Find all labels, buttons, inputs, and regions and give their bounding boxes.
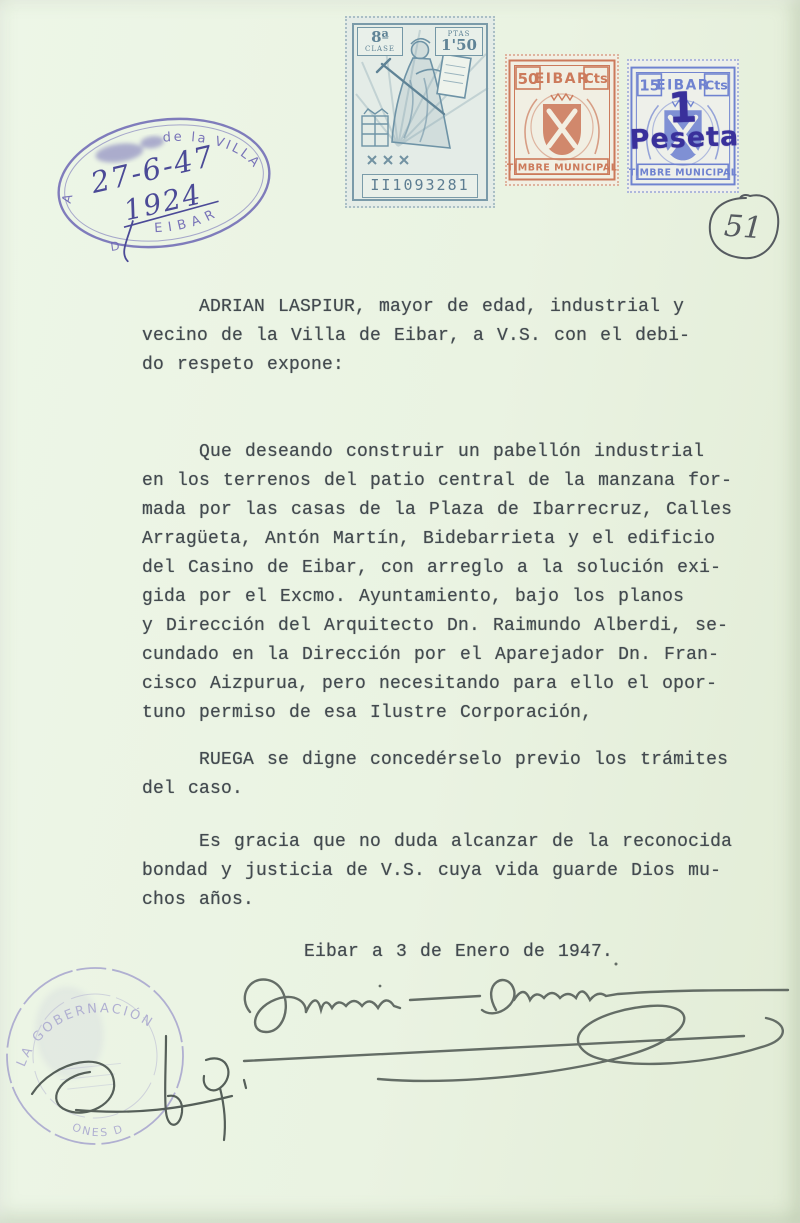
- letter-line: ADRIAN LASPIUR, mayor de edad, industria…: [142, 293, 767, 322]
- peseta-overprint: 1 Peseta: [628, 87, 738, 153]
- letter-line: cisco Aizpurua, pero necesitando para el…: [142, 670, 767, 699]
- letter-line: Que deseando construir un pabellón indus…: [142, 438, 767, 467]
- stamp-value-box: PTAS 1'50: [435, 27, 483, 56]
- signature-underline: [244, 1036, 744, 1061]
- oval-stamp-letter-fragment: D: [109, 239, 120, 254]
- paragraph-closing: Es gracia que no duda alcanzar de la rec…: [142, 828, 767, 915]
- fiscal-revenue-stamp: 8ª CLASE PTAS 1'50: [345, 16, 495, 208]
- paragraph-request: RUEGA se digne concedérselo previo los t…: [142, 746, 767, 804]
- official-rubric-signature: [18, 1018, 258, 1158]
- paragraph-introduction: ADRIAN LASPIUR, mayor de edad, industria…: [142, 293, 767, 380]
- stamp-caption: TIMBRE MUNICIPAL: [629, 168, 737, 179]
- letter-line: gida por el Excmo. Ayuntamiento, bajo lo…: [142, 583, 767, 612]
- stamp-ptas-value: 1'50: [439, 38, 479, 53]
- paragraph-exposition: Que deseando construir un pabellón indus…: [142, 438, 767, 728]
- letter-line: del caso.: [142, 775, 767, 804]
- letter-body: ADRIAN LASPIUR, mayor de edad, industria…: [142, 293, 767, 967]
- rubric-left-loop: [32, 1062, 114, 1113]
- letter-line: RUEGA se digne concedérselo previo los t…: [142, 746, 767, 775]
- letter-line: mada por las casas de la Plaza de Ibarre…: [142, 496, 767, 525]
- letter-line: Es gracia que no duda alcanzar de la rec…: [142, 828, 767, 857]
- letter-line: y Dirección del Arquitecto Dn. Raimundo …: [142, 612, 767, 641]
- circled-page-number: 51: [698, 190, 788, 264]
- overprint-unit: Peseta: [629, 125, 738, 153]
- letter-line: chos años.: [142, 886, 767, 915]
- letter-line: bondad y justicia de V.S. cuya vida guar…: [142, 857, 767, 886]
- rubric-vertical: [165, 1036, 182, 1125]
- stamp-class-box: 8ª CLASE: [357, 27, 403, 56]
- rubric-tick: [244, 1080, 246, 1088]
- letter-line: tuno permiso de esa Ilustre Corporación,: [142, 699, 767, 728]
- municipal-stamp-50cts: 50 EIBAR Cts TIMBRE MUNICIPAL: [505, 54, 619, 186]
- stamp-caption: TIMBRE MUNICIPAL: [507, 163, 617, 174]
- page-number-text: 51: [723, 209, 764, 247]
- letter-line: del Casino de Eibar, con arreglo a la so…: [142, 554, 767, 583]
- municipal-stamp-15cts: 15 EIBAR Cts TIMBRE MUNICIPAL 1 Peseta: [627, 59, 739, 193]
- rubric-cross-stroke: [76, 1096, 232, 1112]
- stamp-cents: Cts: [584, 72, 608, 87]
- signature-surname: [514, 990, 788, 1000]
- letter-line: do respeto expone:: [142, 351, 767, 380]
- letter-line: vecino de la Villa de Eibar, a V.S. con …: [142, 322, 767, 351]
- scanned-document-page: 8ª CLASE PTAS 1'50: [0, 0, 800, 1223]
- stamp-class-value: 8ª: [361, 30, 399, 45]
- stamp-city: EIBAR: [535, 71, 590, 87]
- signature-adrian-laspiur: [228, 948, 800, 1118]
- letter-line: Arragüeta, Antón Martín, Bidebarrieta y …: [142, 525, 767, 554]
- signature-first-name: [306, 1000, 400, 1012]
- letter-line: en los terrenos del patio central de la …: [142, 467, 767, 496]
- letter-line: cundado en la Dirección por el Aparejado…: [142, 641, 767, 670]
- stamp-serial-number: II1093281: [362, 174, 478, 198]
- stamp-class-label: CLASE: [361, 46, 399, 53]
- oval-registry-stamp: A de la VILLA EIBAR D 27-6-47 1924: [46, 103, 288, 265]
- signature-surname-capital: [482, 980, 514, 1013]
